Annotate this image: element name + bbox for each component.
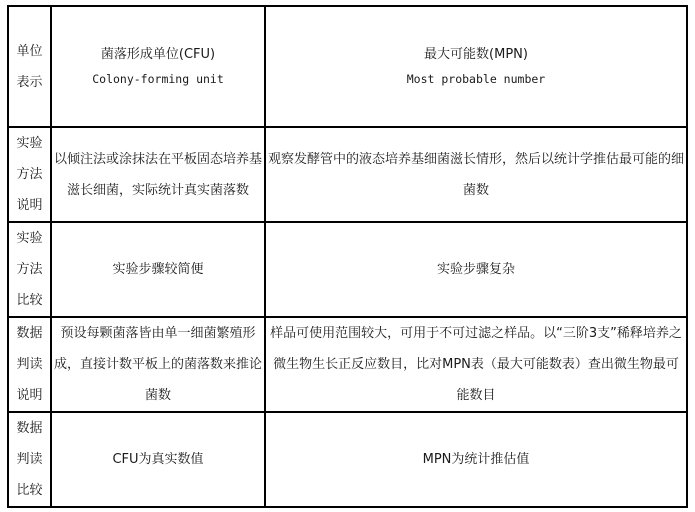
row-label-line: 实验 — [11, 223, 48, 254]
row-label-cell: 实验 方法 比较 — [8, 222, 51, 317]
table-row: 数据 判读 说明 预设每颗菌落皆由单一细菌繁殖形成，直接计数平板上的菌落数来推论… — [8, 317, 687, 412]
mpn-header-cell: 最大可能数(MPN) Most probable number — [265, 6, 687, 127]
table-row: 实验 方法 比较 实验步骤较简便 实验步骤复杂 — [8, 222, 687, 317]
row-label-line: 方法 — [11, 254, 48, 285]
row-label-cell: 数据 判读 说明 — [8, 317, 51, 412]
row-label-line: 说明 — [11, 190, 48, 221]
row-label-line: 比较 — [11, 475, 48, 506]
mpn-subtitle: Most probable number — [407, 69, 545, 89]
row-label-line: 数据 — [11, 413, 48, 444]
mpn-cell: MPN为统计推估值 — [265, 412, 687, 507]
row-label-line: 说明 — [11, 380, 48, 411]
cfu-cell: 实验步骤较简便 — [51, 222, 265, 317]
cfu-subtitle: Colony-forming unit — [92, 69, 224, 89]
cfu-vs-mpn-table: 单位 表示 菌落形成单位(CFU) Colony-forming unit 最大… — [7, 5, 688, 508]
mpn-cell: 观察发酵管中的液态培养基细菌滋长情形，然后以统计学推估最可能的细菌数 — [265, 127, 687, 222]
row-label-line: 表示 — [11, 67, 48, 98]
row-label-cell: 数据 判读 比较 — [8, 412, 51, 507]
table-row: 数据 判读 比较 CFU为真实数值 MPN为统计推估值 — [8, 412, 687, 507]
row-label-cell: 单位 表示 — [8, 6, 51, 127]
row-label-line: 方法 — [11, 159, 48, 190]
cfu-cell: 预设每颗菌落皆由单一细菌繁殖形成，直接计数平板上的菌落数来推论菌数 — [51, 317, 265, 412]
row-label-line: 比较 — [11, 285, 48, 316]
row-label-line: 判读 — [11, 444, 48, 475]
table-row: 实验 方法 说明 以倾注法或涂抹法在平板固态培养基滋长细菌，实际统计真实菌落数 … — [8, 127, 687, 222]
table-header-row: 单位 表示 菌落形成单位(CFU) Colony-forming unit 最大… — [8, 6, 687, 127]
row-label-line: 判读 — [11, 349, 48, 380]
cfu-title: 菌落形成单位(CFU) — [101, 45, 215, 65]
cfu-cell: 以倾注法或涂抹法在平板固态培养基滋长细菌，实际统计真实菌落数 — [51, 127, 265, 222]
mpn-title: 最大可能数(MPN) — [424, 45, 528, 65]
row-label-cell: 实验 方法 说明 — [8, 127, 51, 222]
row-label-line: 单位 — [11, 36, 48, 67]
mpn-cell: 实验步骤复杂 — [265, 222, 687, 317]
mpn-cell: 样品可使用范围较大，可用于不可过滤之样品。以“三阶3支”稀释培养之微生物生长正反… — [265, 317, 687, 412]
row-label-line: 数据 — [11, 318, 48, 349]
row-label-line: 实验 — [11, 128, 48, 159]
cfu-header-cell: 菌落形成单位(CFU) Colony-forming unit — [51, 6, 265, 127]
cfu-cell: CFU为真实数值 — [51, 412, 265, 507]
